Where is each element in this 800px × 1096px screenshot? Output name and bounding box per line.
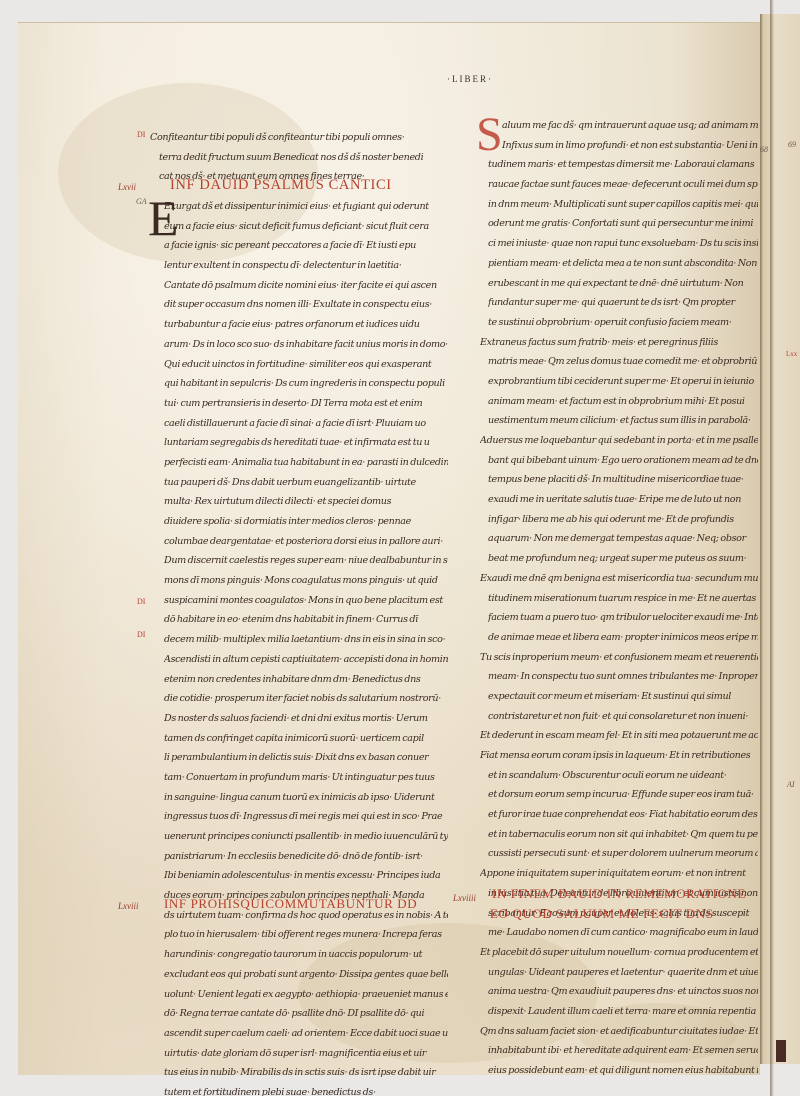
text-line: beat me profundum neq; urgeat super me p…	[488, 549, 758, 569]
text-line: et furor irae tuae conprehendat eos· Fia…	[488, 805, 758, 825]
text-line: infigar· libera me ab his qui oderunt me…	[488, 510, 758, 530]
text-line: Qui educit uinctos in fortitudine· simil…	[164, 355, 448, 375]
text-line: Dum discernit caelestis reges super eam·…	[164, 551, 448, 571]
text-line: de animae meae et libera eam· propter in…	[488, 628, 758, 648]
text-line: suspicamini montes coagulatos· Mons in q…	[164, 591, 448, 611]
gutter-shadow	[770, 0, 774, 1096]
text-line: eius possidebunt eam· et qui diligunt no…	[488, 1061, 758, 1081]
psalm-title-rubric-line-2: EO QUOD SALUUM ME FECIT DNS	[490, 906, 714, 922]
binding-spine	[776, 1040, 786, 1062]
text-line: dō habitare in eo· etenim dns habitabit …	[164, 610, 448, 630]
text-line: animam meam· et factum est in obprobrium…	[488, 392, 758, 412]
psalm-number: Lxvii	[118, 182, 136, 192]
text-line: caeli distillauerunt a facie dī sinai· a…	[164, 414, 448, 434]
text-line: lentur exultent in conspectu dī· delecte…	[164, 256, 448, 276]
text-line: decem milib· multiplex milia laetantium·…	[164, 630, 448, 650]
text-line: a facie ignis· sic pereant peccatores a …	[164, 236, 448, 256]
text-line: eum a facie eius· sicut deficit fumus de…	[164, 217, 448, 237]
folio-number: 68	[760, 145, 768, 154]
text-line: harundinis· congregatio taurorum in uacc…	[164, 945, 448, 965]
psalm-title-rubric-line-1: IN FINEM DAUID IN REMEMORATIONE	[492, 886, 746, 902]
text-line: Tu scis inproperium meum· et confusionem…	[480, 648, 758, 668]
text-line: Ascendisti in altum cepisti captiuitatem…	[164, 650, 448, 670]
text-line: pientiam meam· et delicta mea a te non s…	[488, 254, 758, 274]
text-line: raucae factae sunt fauces meae· defeceru…	[488, 175, 758, 195]
running-title: ·LIBER·	[447, 74, 493, 84]
text-line: tamen ds confringet capita inimicorū suo…	[164, 729, 448, 749]
psalm-title-rubric: INF PROHISQUICOMMUTABUNTUR DD	[164, 896, 417, 912]
text-line: ungulas· Uideant pauperes et laetentur· …	[488, 963, 758, 983]
text-line: fundantur super me· qui quaerunt te ds i…	[488, 293, 758, 313]
text-line: ascendit super caelum caeli· ad orientem…	[164, 1024, 448, 1044]
facing-page-edge	[760, 14, 800, 1064]
text-line: in dnm meum· Multiplicati sunt super cap…	[488, 195, 758, 215]
text-line: matris meae· Qm zelus domus tuae comedit…	[488, 352, 758, 372]
text-line: in sanguine· lingua canum tuorū ex inimi…	[164, 788, 448, 808]
text-line: diuidere spolia· si dormiatis inter medi…	[164, 512, 448, 532]
text-line: Ibi beniamin adolescentulus· in mentis e…	[164, 866, 448, 886]
text-line: exprobrantium tibi ceciderunt super me· …	[488, 372, 758, 392]
text-line: Exurgat dš et dissipentur inimici eius· …	[164, 197, 448, 217]
text-line: anima uestra· Qm exaudiuit pauperes dns·…	[488, 982, 758, 1002]
text-line: Qm dns saluam faciet sion· et aedificabu…	[480, 1022, 758, 1042]
text-line: columbae deargentatae· et posteriora dor…	[164, 532, 448, 552]
text-line: uestimentum meum cilicium· et factus sum…	[488, 411, 758, 431]
text-line: uolunt· Uenient legati ex aegypto· aethi…	[164, 985, 448, 1005]
text-line: Cantate dō psalmum dicite nomini eius· i…	[164, 276, 448, 296]
text-line: qui habitant in sepulcris· Ds cum ingred…	[164, 374, 448, 394]
text-line: turbabuntur a facie eius· patres orfanor…	[164, 315, 448, 335]
text-line: arum· Ds in loco sco suo· ds inhabitare …	[164, 335, 448, 355]
psalm-number: Lxviiii	[453, 893, 476, 903]
text-line: ci mei iniuste· quae non rapui tunc exso…	[488, 234, 758, 254]
text-line: et dorsum eorum semp incurua· Effunde su…	[488, 785, 758, 805]
text-line: Aduersus me loquebantur qui sedebant in …	[480, 431, 758, 451]
text-line: terra dedit fructum suum Benedicat nos d…	[150, 148, 446, 168]
psalm-number: Lxviii	[118, 901, 139, 911]
text-line: Appone iniquitatem super iniquitatem eor…	[480, 864, 758, 884]
text-line: tempus bene placiti dš· In multitudine m…	[488, 470, 758, 490]
text-line: multa· Rex uirtutum dilecti dilecti· et …	[164, 492, 448, 512]
text-line: aquarum· Non me demergat tempestas aquae…	[488, 529, 758, 549]
left-column-text: Exurgat dš et dissipentur inimici eius· …	[164, 197, 448, 1096]
text-line: etenim non credentes inhabitare dnm dm· …	[164, 670, 448, 690]
text-line: tus eius in nubib· Mirabilis ds in sctis…	[164, 1063, 448, 1083]
text-line: Exaudi me dnē qm benigna est misericordi…	[480, 569, 758, 589]
text-line: me· Laudabo nomen dī cum cantico· magnif…	[488, 923, 758, 943]
facing-folio-number: 69	[788, 140, 796, 149]
facing-initial-fragment: AI	[787, 780, 795, 789]
text-line: dō· Regna terrae cantate dō· psallite dn…	[164, 1004, 448, 1024]
text-line: tudinem maris· et tempestas dimersit me·…	[488, 155, 758, 175]
psalm-title-rubric: INF DAUID PSALMUS CANTICI	[170, 177, 392, 194]
text-line: te sustinui obprobrium· operuit confusio…	[488, 313, 758, 333]
text-line: perfecisti eam· Animalia tua habitabunt …	[164, 453, 448, 473]
text-line: tua pauperi dš· Dns dabit uerbum euangel…	[164, 473, 448, 493]
text-line: inhabitabunt ibi· et hereditate adquiren…	[488, 1041, 758, 1061]
text-line: meam· In conspectu tuo sunt omnes tribul…	[488, 667, 758, 687]
text-line: panistriarum· In ecclesiis benedicite dō…	[164, 847, 448, 867]
right-column-text: aluum me fac dš· qm intrauerunt aquae us…	[488, 116, 758, 1081]
text-line: plo tuo in hierusalem· tibi offerent reg…	[164, 925, 448, 945]
facing-psalm-number: Lxx	[786, 350, 797, 358]
text-line: excludant eos qui probati sunt argento· …	[164, 965, 448, 985]
text-line: Et placebit dō super uitulum nouellum· c…	[480, 943, 758, 963]
text-line: tutem et fortitudinem plebi suae· benedi…	[164, 1083, 448, 1096]
text-line: ingressus tuos dī· Ingressus dī mei regi…	[164, 807, 448, 827]
margin-mark-di: DI	[137, 130, 145, 139]
text-line: mons dī mons pinguis· Mons coagulatus mo…	[164, 571, 448, 591]
text-line: Confiteantur tibi populi dš confiteantur…	[150, 128, 446, 148]
text-line: tam· Conuertam in profundum maris· Ut in…	[164, 768, 448, 788]
margin-mark-di: DI	[137, 630, 145, 639]
text-line: Infixus sum in limo profundi· et non est…	[488, 136, 758, 156]
text-line: Fiat mensa eorum coram ipsis in laqueum·…	[480, 746, 758, 766]
text-line: faciem tuam a puero tuo· qm tribulor uel…	[488, 608, 758, 628]
text-line: Ds noster ds saluos faciendi· et dni dni…	[164, 709, 448, 729]
margin-mark-di: DI	[137, 597, 145, 606]
text-line: et in tabernaculis eorum non sit qui inh…	[488, 825, 758, 845]
text-line: oderunt me gratis· Confortati sunt qui p…	[488, 214, 758, 234]
text-line: Et dederunt in escam meam fel· Et in sit…	[480, 726, 758, 746]
text-line: luntariam segregabis ds hereditati tuae·…	[164, 433, 448, 453]
text-line: dit super occasum dns nomen illi· Exulta…	[164, 295, 448, 315]
text-line: Extraneus factus sum fratrib· meis· et p…	[480, 333, 758, 353]
text-line: et in scandalum· Obscurentur oculi eorum…	[488, 766, 758, 786]
text-line: uenerunt principes coniuncti psallentib·…	[164, 827, 448, 847]
text-line: cussisti persecuti sunt· et super dolore…	[488, 844, 758, 864]
text-line: contristaretur et non fuit· et qui conso…	[488, 707, 758, 727]
text-line: exaudi me in ueritate salutis tuae· Erip…	[488, 490, 758, 510]
text-line: erubescant in me qui expectant te dnē· d…	[488, 274, 758, 294]
text-line: bant qui bibebant uinum· Ego uero oratio…	[488, 451, 758, 471]
text-line: die cotidie· prosperum iter faciet nobis…	[164, 689, 448, 709]
text-line: expectauit cor meum et miseriam· Et sust…	[488, 687, 758, 707]
text-line: uirtutis· date gloriam dō super isrl· ma…	[164, 1044, 448, 1064]
text-line: li perambulantium in delictis suis· Dixi…	[164, 748, 448, 768]
margin-note-ga: GA	[136, 197, 147, 206]
text-line: dispexit· Laudent illum caeli et terra· …	[488, 1002, 758, 1022]
text-line: tui· cum pertransieris in deserto· DI Te…	[164, 394, 448, 414]
text-line: aluum me fac dš· qm intrauerunt aquae us…	[488, 116, 758, 136]
text-line: titudinem miserationum tuarum respice in…	[488, 589, 758, 609]
